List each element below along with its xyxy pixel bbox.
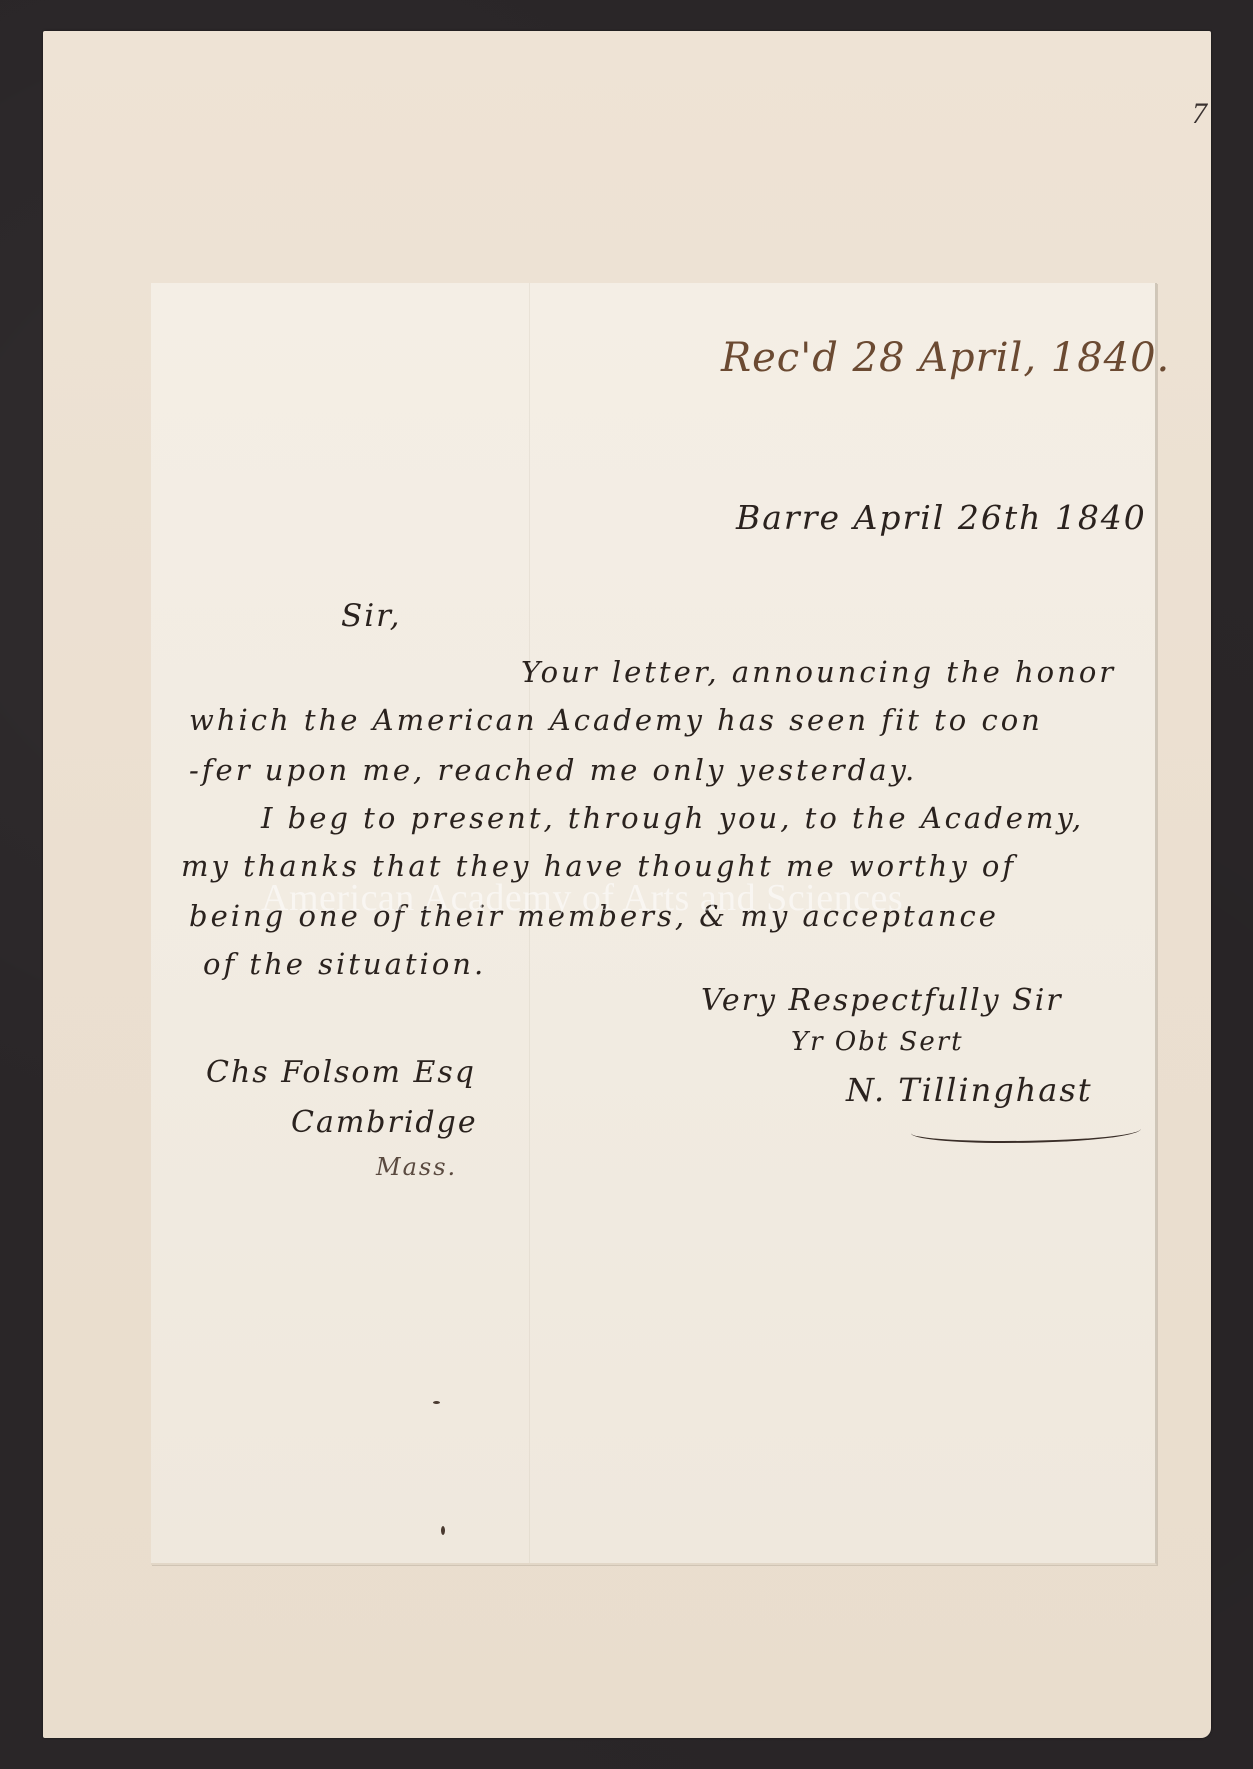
closing-line: Yr Obt Sert bbox=[791, 1027, 964, 1057]
received-note: Rec'd 28 April, 1840. bbox=[721, 335, 1170, 381]
body-line: which the American Academy has seen fit … bbox=[189, 703, 1043, 737]
addressee-state: Mass. bbox=[376, 1153, 457, 1181]
body-line: I beg to present, through you, to the Ac… bbox=[261, 801, 1084, 835]
body-line: Your letter, announcing the honor bbox=[521, 655, 1116, 689]
body-line: of the situation. bbox=[203, 947, 486, 981]
ink-speck bbox=[433, 1401, 440, 1404]
signature-flourish bbox=[911, 1119, 1141, 1143]
ink-speck bbox=[441, 1526, 445, 1535]
folio-number: 7 bbox=[1192, 97, 1207, 131]
body-line: my thanks that they have thought me wort… bbox=[181, 849, 1016, 883]
salutation: Sir, bbox=[341, 598, 401, 634]
body-line: -fer upon me, reached me only yesterday. bbox=[189, 753, 917, 787]
closing-line: Very Respectfully Sir bbox=[701, 983, 1063, 1018]
letter-sheet: Rec'd 28 April, 1840. Barre April 26th 1… bbox=[151, 283, 1157, 1565]
dateline: Barre April 26th 1840 bbox=[736, 498, 1147, 537]
mount-sheet: 7 Rec'd 28 April, 1840. Barre April 26th… bbox=[43, 31, 1211, 1738]
body-line: being one of their members, & my accepta… bbox=[189, 899, 999, 933]
addressee-city: Cambridge bbox=[291, 1105, 478, 1140]
addressee-name: Chs Folsom Esq bbox=[206, 1055, 476, 1090]
signature: N. Tillinghast bbox=[846, 1071, 1093, 1109]
